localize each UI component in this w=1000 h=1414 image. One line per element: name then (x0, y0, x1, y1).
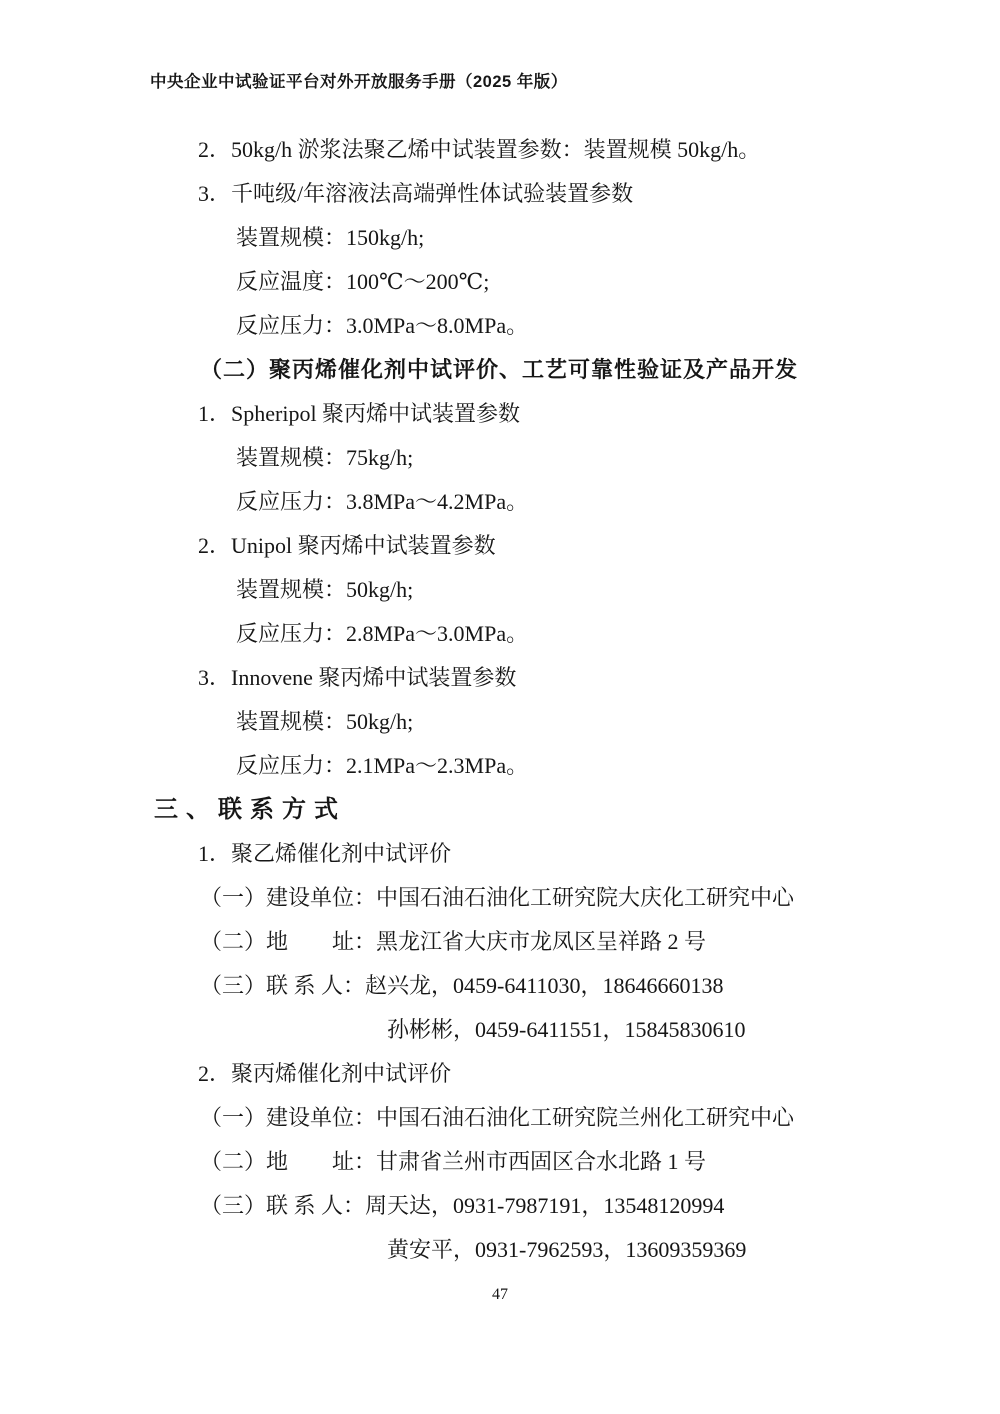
param-line: 反应压力：3.8MPa～4.2MPa。 (150, 480, 910, 524)
section-heading: （二）聚丙烯催化剂中试评价、工艺可靠性验证及产品开发 (150, 348, 910, 392)
contact-continuation: 黄安平，0931-7962593，13609359369 (150, 1228, 910, 1272)
list-item: 2．聚丙烯催化剂中试评价 (150, 1052, 910, 1096)
param-line: 装置规模：150kg/h; (150, 216, 910, 260)
contact-continuation: 孙彬彬，0459-6411551，15845830610 (150, 1008, 910, 1052)
page-number: 47 (0, 1286, 1000, 1304)
param-line: 反应压力：2.1MPa～2.3MPa。 (150, 744, 910, 788)
contact-line: （二）地 址：甘肃省兰州市西固区合水北路 1 号 (150, 1140, 910, 1184)
param-line: 反应温度：100℃～200℃; (150, 260, 910, 304)
contact-line: （一）建设单位：中国石油石油化工研究院大庆化工研究中心 (150, 876, 910, 920)
list-item: 3．Innovene 聚丙烯中试装置参数 (150, 656, 910, 700)
chapter-heading: 三、联系方式 (150, 788, 910, 832)
param-line: 装置规模：50kg/h; (150, 700, 910, 744)
list-item: 1．Spheripol 聚丙烯中试装置参数 (150, 392, 910, 436)
list-item: 2．50kg/h 淤浆法聚乙烯中试装置参数：装置规模 50kg/h。 (150, 128, 910, 172)
param-line: 反应压力：3.0MPa～8.0MPa。 (150, 304, 910, 348)
param-line: 反应压力：2.8MPa～3.0MPa。 (150, 612, 910, 656)
contact-line: （二）地 址：黑龙江省大庆市龙凤区呈祥路 2 号 (150, 920, 910, 964)
param-line: 装置规模：75kg/h; (150, 436, 910, 480)
contact-line: （一）建设单位：中国石油石油化工研究院兰州化工研究中心 (150, 1096, 910, 1140)
list-item: 2．Unipol 聚丙烯中试装置参数 (150, 524, 910, 568)
param-line: 装置规模：50kg/h; (150, 568, 910, 612)
document-header: 中央企业中试验证平台对外开放服务手册（2025 年版） (150, 68, 568, 92)
contact-line: （三）联 系 人：周天达，0931-7987191，13548120994 (150, 1184, 910, 1228)
list-item: 1．聚乙烯催化剂中试评价 (150, 832, 910, 876)
document-body: 2．50kg/h 淤浆法聚乙烯中试装置参数：装置规模 50kg/h。 3．千吨级… (150, 128, 910, 1272)
list-item: 3．千吨级/年溶液法高端弹性体试验装置参数 (150, 172, 910, 216)
contact-line: （三）联 系 人：赵兴龙，0459-6411030，18646660138 (150, 964, 910, 1008)
document-page: 中央企业中试验证平台对外开放服务手册（2025 年版） 2．50kg/h 淤浆法… (0, 0, 1000, 1414)
